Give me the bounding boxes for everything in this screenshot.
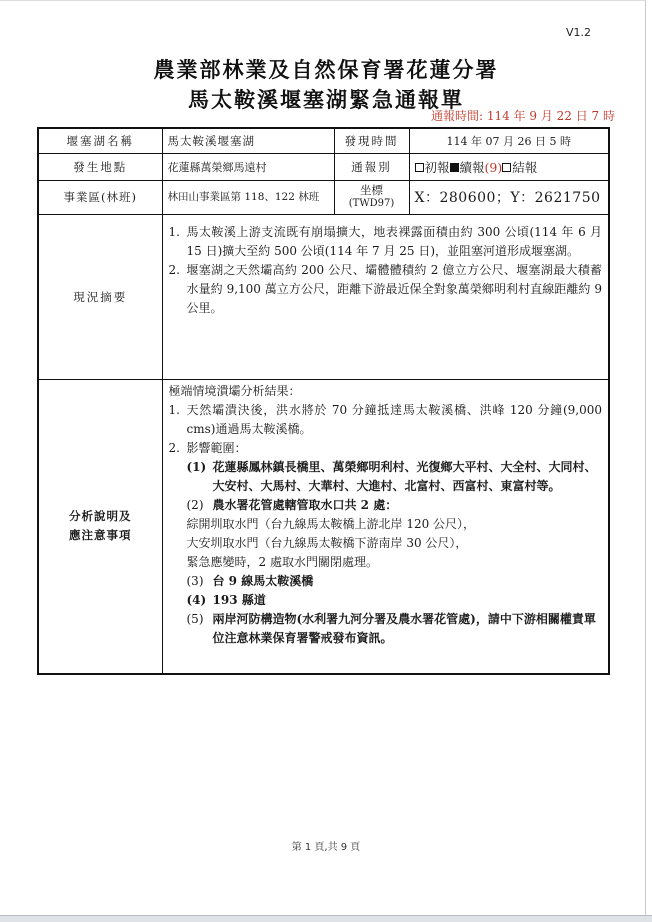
row-location: 發生地點 花蓮縣萬榮鄉馬遠村 通報別 初報續報(9)結報 bbox=[38, 153, 609, 180]
checkbox-initial[interactable] bbox=[415, 163, 424, 172]
impact-item: (2) 農水署花管處轄管取水口共 2 處： bbox=[169, 496, 603, 515]
summary-item: 2. 堰塞湖之天然壩高約 200 公尺、壩體體積約 2 億立方公尺、堰塞湖最大積… bbox=[169, 261, 603, 318]
version-label: V1.2 bbox=[566, 26, 591, 39]
summary-label: 現況摘要 bbox=[38, 214, 162, 379]
found-time-label: 發現時間 bbox=[334, 128, 409, 153]
row-lake-name: 堰塞湖名稱 馬太鞍溪堰塞湖 發現時間 114 年 07 月 26 日 5 時 bbox=[38, 128, 609, 153]
analysis-label: 分析說明及 應注意事項 bbox=[38, 379, 162, 674]
report-type-options: 初報續報(9)結報 bbox=[409, 153, 609, 180]
district-label: 事業區(林班) bbox=[38, 180, 162, 214]
analysis-item: 1. 天然壩潰決後，洪水將於 70 分鐘抵達馬太鞍溪橋、洪峰 120 分鐘(9,… bbox=[169, 401, 603, 439]
impact-item: (5) 兩岸河防構造物(水利署九河分署及農水署花管處)，請中下游相關權責單位注意… bbox=[169, 610, 603, 648]
summary-item: 1. 馬太鞍溪上游支流既有崩塌擴大，地表裸露面積由約 300 公頃(114 年 … bbox=[169, 223, 603, 261]
viewer-bottom-edge bbox=[0, 915, 652, 922]
impact-item: (4) 193 縣道 bbox=[169, 591, 603, 610]
location-value: 花蓮縣萬榮鄉馬遠村 bbox=[162, 153, 334, 180]
row-analysis: 分析說明及 應注意事項 極端情境潰壩分析結果： 1. 天然壩潰決後，洪水將於 7… bbox=[38, 379, 609, 674]
report-form-table: 堰塞湖名稱 馬太鞍溪堰塞湖 發現時間 114 年 07 月 26 日 5 時 發… bbox=[37, 127, 610, 675]
coord-label: 坐標 bbox=[360, 183, 383, 197]
report-time: 通報時間: 114 年 9 月 22 日 7 時 bbox=[431, 107, 615, 124]
checkbox-final[interactable] bbox=[502, 163, 511, 172]
coord-text: X：280600；Y：2621750 bbox=[415, 190, 601, 206]
intake-line: 綜開圳取水門（台九線馬太鞍橋上游北岸 120 公尺）， bbox=[169, 515, 603, 534]
report-type-label: 通報別 bbox=[334, 153, 409, 180]
intake-line: 緊急應變時，2 處取水門關閉處理。 bbox=[169, 553, 603, 572]
option-initial: 初報 bbox=[425, 160, 450, 175]
agency-title: 農業部林業及自然保育署花蓮分署 bbox=[0, 54, 652, 84]
row-summary: 現況摘要 1. 馬太鞍溪上游支流既有崩塌擴大，地表裸露面積由約 300 公頃(1… bbox=[38, 214, 609, 379]
intake-line: 大安圳取水門（台九線馬太鞍橋下游南岸 30 公尺）， bbox=[169, 534, 603, 553]
option-final: 結報 bbox=[512, 160, 537, 175]
option-followup: 續報 bbox=[460, 160, 485, 175]
analysis-heading: 極端情境潰壩分析結果： bbox=[169, 382, 603, 401]
coord-label-cell: 坐標 (TWD97) bbox=[334, 180, 409, 214]
coord-value: X：280600；Y：2621750 bbox=[409, 180, 609, 214]
impact-item: (1) 花蓮縣鳳林鎮長橋里、萬榮鄉明利村、光復鄉大平村、大全村、大同村、大安村、… bbox=[169, 458, 603, 496]
page-indicator: 第 1 頁,共 9 頁 bbox=[0, 838, 652, 853]
found-time-value: 114 年 07 月 26 日 5 時 bbox=[409, 128, 609, 153]
lake-name-label: 堰塞湖名稱 bbox=[38, 128, 162, 153]
followup-count: (9) bbox=[485, 160, 503, 175]
lake-name-value: 馬太鞍溪堰塞湖 bbox=[162, 128, 334, 153]
summary-content: 1. 馬太鞍溪上游支流既有崩塌擴大，地表裸露面積由約 300 公頃(114 年 … bbox=[162, 214, 609, 379]
impact-item: (3) 台 9 線馬太鞍溪橋 bbox=[169, 572, 603, 591]
location-label: 發生地點 bbox=[38, 153, 162, 180]
analysis-content: 極端情境潰壩分析結果： 1. 天然壩潰決後，洪水將於 70 分鐘抵達馬太鞍溪橋、… bbox=[162, 379, 609, 674]
district-value: 林田山事業區第 118、122 林班 bbox=[162, 180, 334, 214]
analysis-item: 2. 影響範圍： bbox=[169, 439, 603, 458]
checkbox-followup[interactable] bbox=[450, 163, 459, 172]
row-district: 事業區(林班) 林田山事業區第 118、122 林班 坐標 (TWD97) X：… bbox=[38, 180, 609, 214]
coord-system: (TWD97) bbox=[340, 197, 404, 210]
